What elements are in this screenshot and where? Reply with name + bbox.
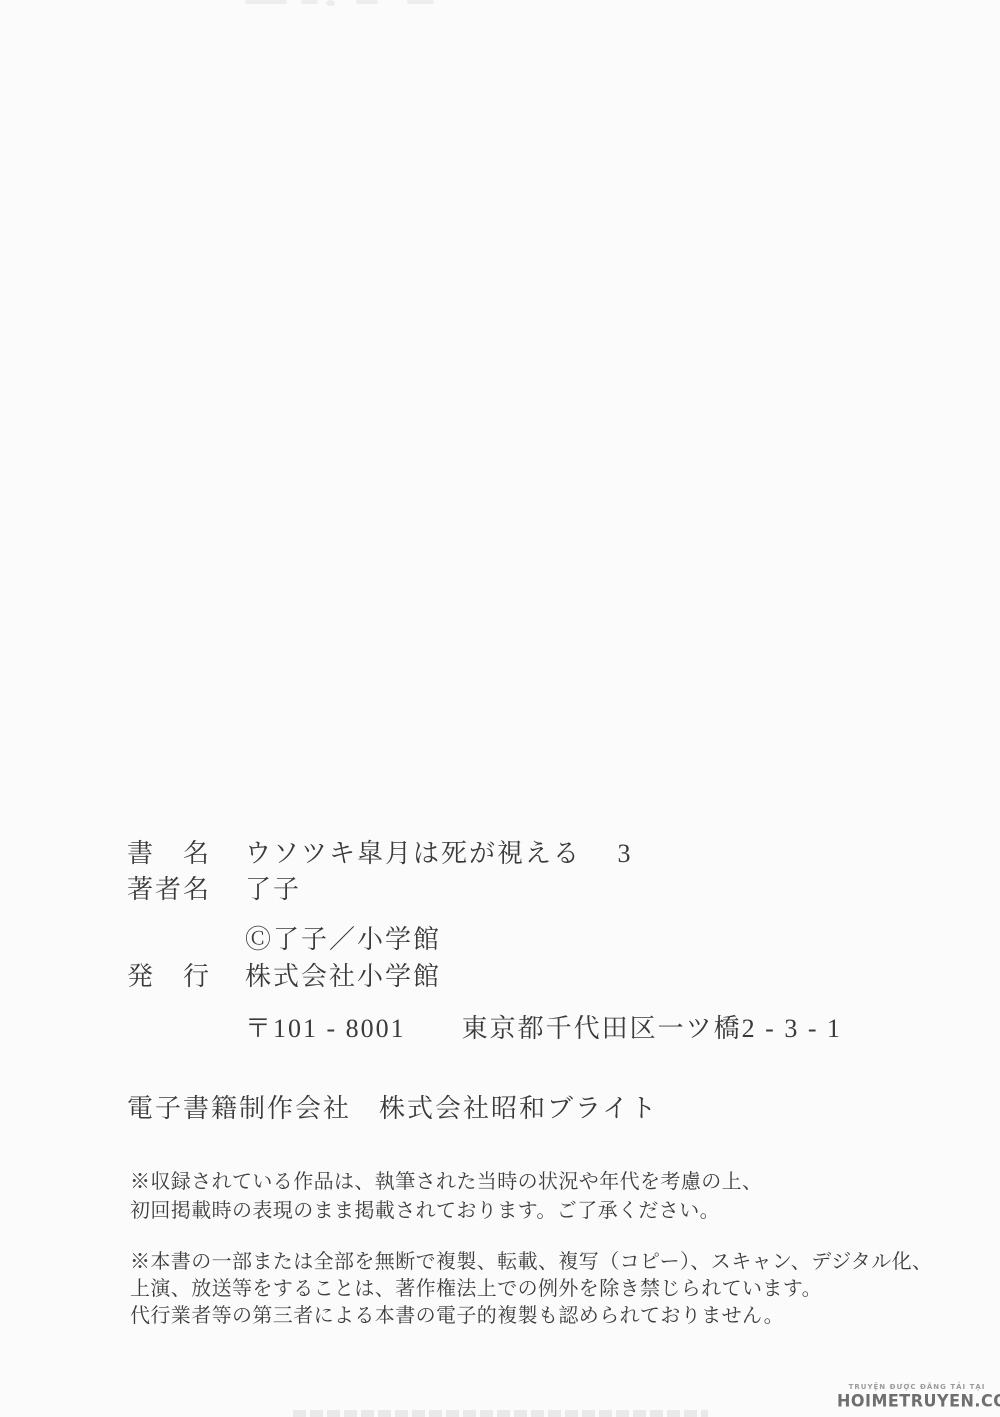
book-title-row: 書 名 ウソツキ皐月は死が視える 3 <box>0 833 1000 867</box>
copyright-row: Ⓒ了子／小学館 <box>0 919 1000 953</box>
ebook-producer-line: 電子書籍制作会社 株式会社昭和ブライト <box>127 1088 658 1125</box>
notice-copyright-line-1: ※本書の一部または全部を無断で複製、転載、複写（コピー）、スキャン、デジタル化、 <box>130 1245 932 1274</box>
watermark-site-name: HOIMETRUYEN.COM <box>837 1390 997 1411</box>
publisher-value: 株式会社小学館 <box>245 956 441 993</box>
book-title-label: 書 名 <box>127 833 211 870</box>
cropped-text-remnant-bottom <box>293 1410 708 1417</box>
notice-copyright-line-3: 代行業者等の第三者による本書の電子的複製も認められておりません。 <box>130 1299 784 1328</box>
copyright-line: Ⓒ了子／小学館 <box>245 919 441 956</box>
notice-copyright-line-2: 上演、放送等をすることは、著作権法上での例外を除き禁じられています。 <box>130 1272 822 1301</box>
notice-reproduction-context-line-2: 初回掲載時の表現のまま掲載されております。ご了承ください。 <box>130 1194 720 1223</box>
colophon-page: 書 名 ウソツキ皐月は死が視える 3 著者名 了子 Ⓒ了子／小学館 発 行 株式… <box>0 0 1000 1417</box>
publisher-label: 発 行 <box>127 956 211 993</box>
book-title-value: ウソツキ皐月は死が視える 3 <box>245 833 633 870</box>
site-watermark: TRUYỆN ĐƯỢC ĐĂNG TẢI TẠI HOIMETRUYEN.COM <box>837 1383 997 1410</box>
author-value: 了子 <box>245 869 301 906</box>
author-row: 著者名 了子 <box>0 869 1000 903</box>
text-fragment <box>301 0 318 4</box>
notice-reproduction-context-line-1: ※収録されている作品は、執筆された当時の状況や年代を考慮の上、 <box>130 1165 762 1194</box>
author-label: 著者名 <box>127 869 211 906</box>
publisher-address: 〒101 - 8001 東京都千代田区一ツ橋2 - 3 - 1 <box>245 1008 842 1045</box>
text-fragment <box>407 0 434 4</box>
text-fragment <box>356 0 378 4</box>
text-fragment <box>245 0 287 4</box>
ebook-producer-row: 電子書籍制作会社 株式会社昭和ブライト <box>0 1088 1000 1122</box>
publisher-address-row: 〒101 - 8001 東京都千代田区一ツ橋2 - 3 - 1 <box>0 1008 1000 1042</box>
text-fragment <box>326 0 335 6</box>
publisher-row: 発 行 株式会社小学館 <box>0 956 1000 990</box>
